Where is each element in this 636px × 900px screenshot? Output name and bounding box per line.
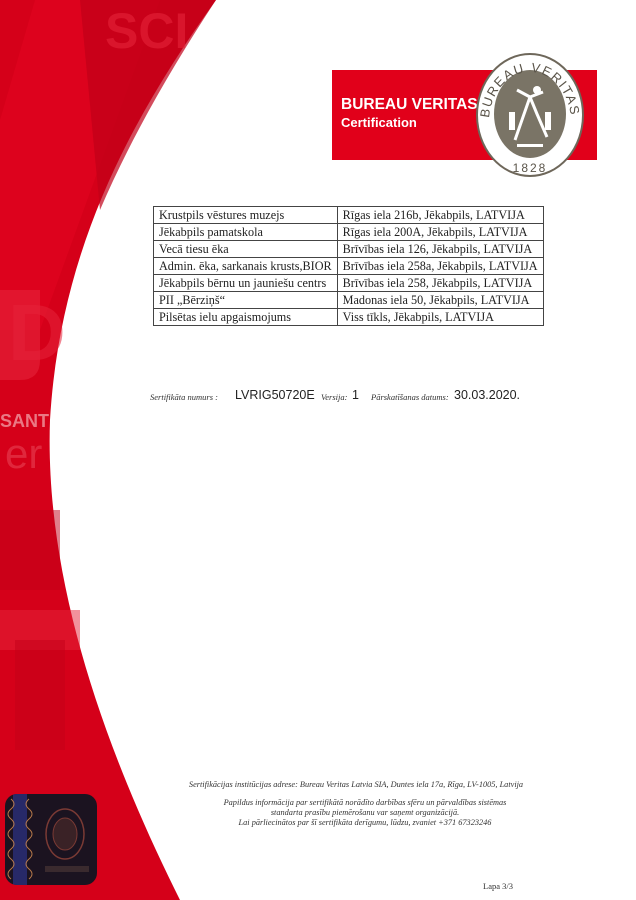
site-address: Madonas iela 50, Jēkabpils, LATVIJA [337,292,543,309]
table-row: Krustpils vēstures muzejs Rīgas iela 216… [154,207,544,224]
table-row: Jēkabpils bērnu un jauniešu centrs Brīvī… [154,275,544,292]
page-number: Lapa 3/3 [483,881,513,891]
site-name: Jēkabpils pamatskola [154,224,338,241]
site-address: Viss tīkls, Jēkabpils, LATVIJA [337,309,543,326]
site-name: Admin. ēka, sarkanais krusts,BIOR [154,258,338,275]
svg-text:D: D [8,288,66,377]
table-row: Pilsētas ielu apgaismojums Viss tīkls, J… [154,309,544,326]
version-value: 1 [352,388,359,402]
sites-table: Krustpils vēstures muzejs Rīgas iela 216… [153,206,544,326]
site-name: Jēkabpils bērnu un jauniešu centrs [154,275,338,292]
table-row: PII „Bērziņš“ Madonas iela 50, Jēkabpils… [154,292,544,309]
certificate-number: LVRIG50720E [235,388,315,402]
certificate-page: SCI D SANT er BUREAU VERITAS Certificati… [0,0,636,900]
table-row: Vecā tiesu ēka Brīvības iela 126, Jēkabp… [154,241,544,258]
bureau-veritas-seal-icon: BUREAU VERITAS 1828 [475,52,585,178]
version-label: Versija: [321,392,347,402]
review-date-label: Pārskatīšanas datums: [371,392,449,402]
brand-subtitle: Certification [341,115,417,130]
svg-text:er: er [5,430,42,477]
review-date: 30.03.2020. [454,388,520,402]
certificate-info: Sertifikāta numurs : LVRIG50720E Versija… [150,387,530,407]
site-name: PII „Bērziņš“ [154,292,338,309]
table-row: Jēkabpils pamatskola Rīgas iela 200A, Jē… [154,224,544,241]
hologram-security-seal-icon [5,794,97,885]
footer-info-line: standarta prasību piemērošanu var saņemt… [200,808,530,818]
brand-name: BUREAU VERITAS [341,96,478,114]
site-address: Brīvības iela 258a, Jēkabpils, LATVIJA [337,258,543,275]
table-row: Admin. ēka, sarkanais krusts,BIOR Brīvīb… [154,258,544,275]
certificate-number-label: Sertifikāta numurs : [150,392,218,402]
svg-text:SANT: SANT [0,411,49,431]
site-address: Rīgas iela 216b, Jēkabpils, LATVIJA [337,207,543,224]
site-address: Rīgas iela 200A, Jēkabpils, LATVIJA [337,224,543,241]
site-name: Vecā tiesu ēka [154,241,338,258]
footer-info: Papildus informācija par sertifikātā nor… [200,798,530,828]
certification-body-address: Sertifikācijas institūcijas adrese: Bure… [170,780,542,789]
footer-info-line: Papildus informācija par sertifikātā nor… [200,798,530,808]
footer-info-line: Lai pārliecinātos par šī sertifikāta der… [200,818,530,828]
site-address: Brīvības iela 258, Jēkabpils, LATVIJA [337,275,543,292]
site-name: Pilsētas ielu apgaismojums [154,309,338,326]
site-name: Krustpils vēstures muzejs [154,207,338,224]
svg-text:1828: 1828 [513,161,548,175]
site-address: Brīvības iela 126, Jēkabpils, LATVIJA [337,241,543,258]
svg-text:SCI: SCI [105,3,188,59]
